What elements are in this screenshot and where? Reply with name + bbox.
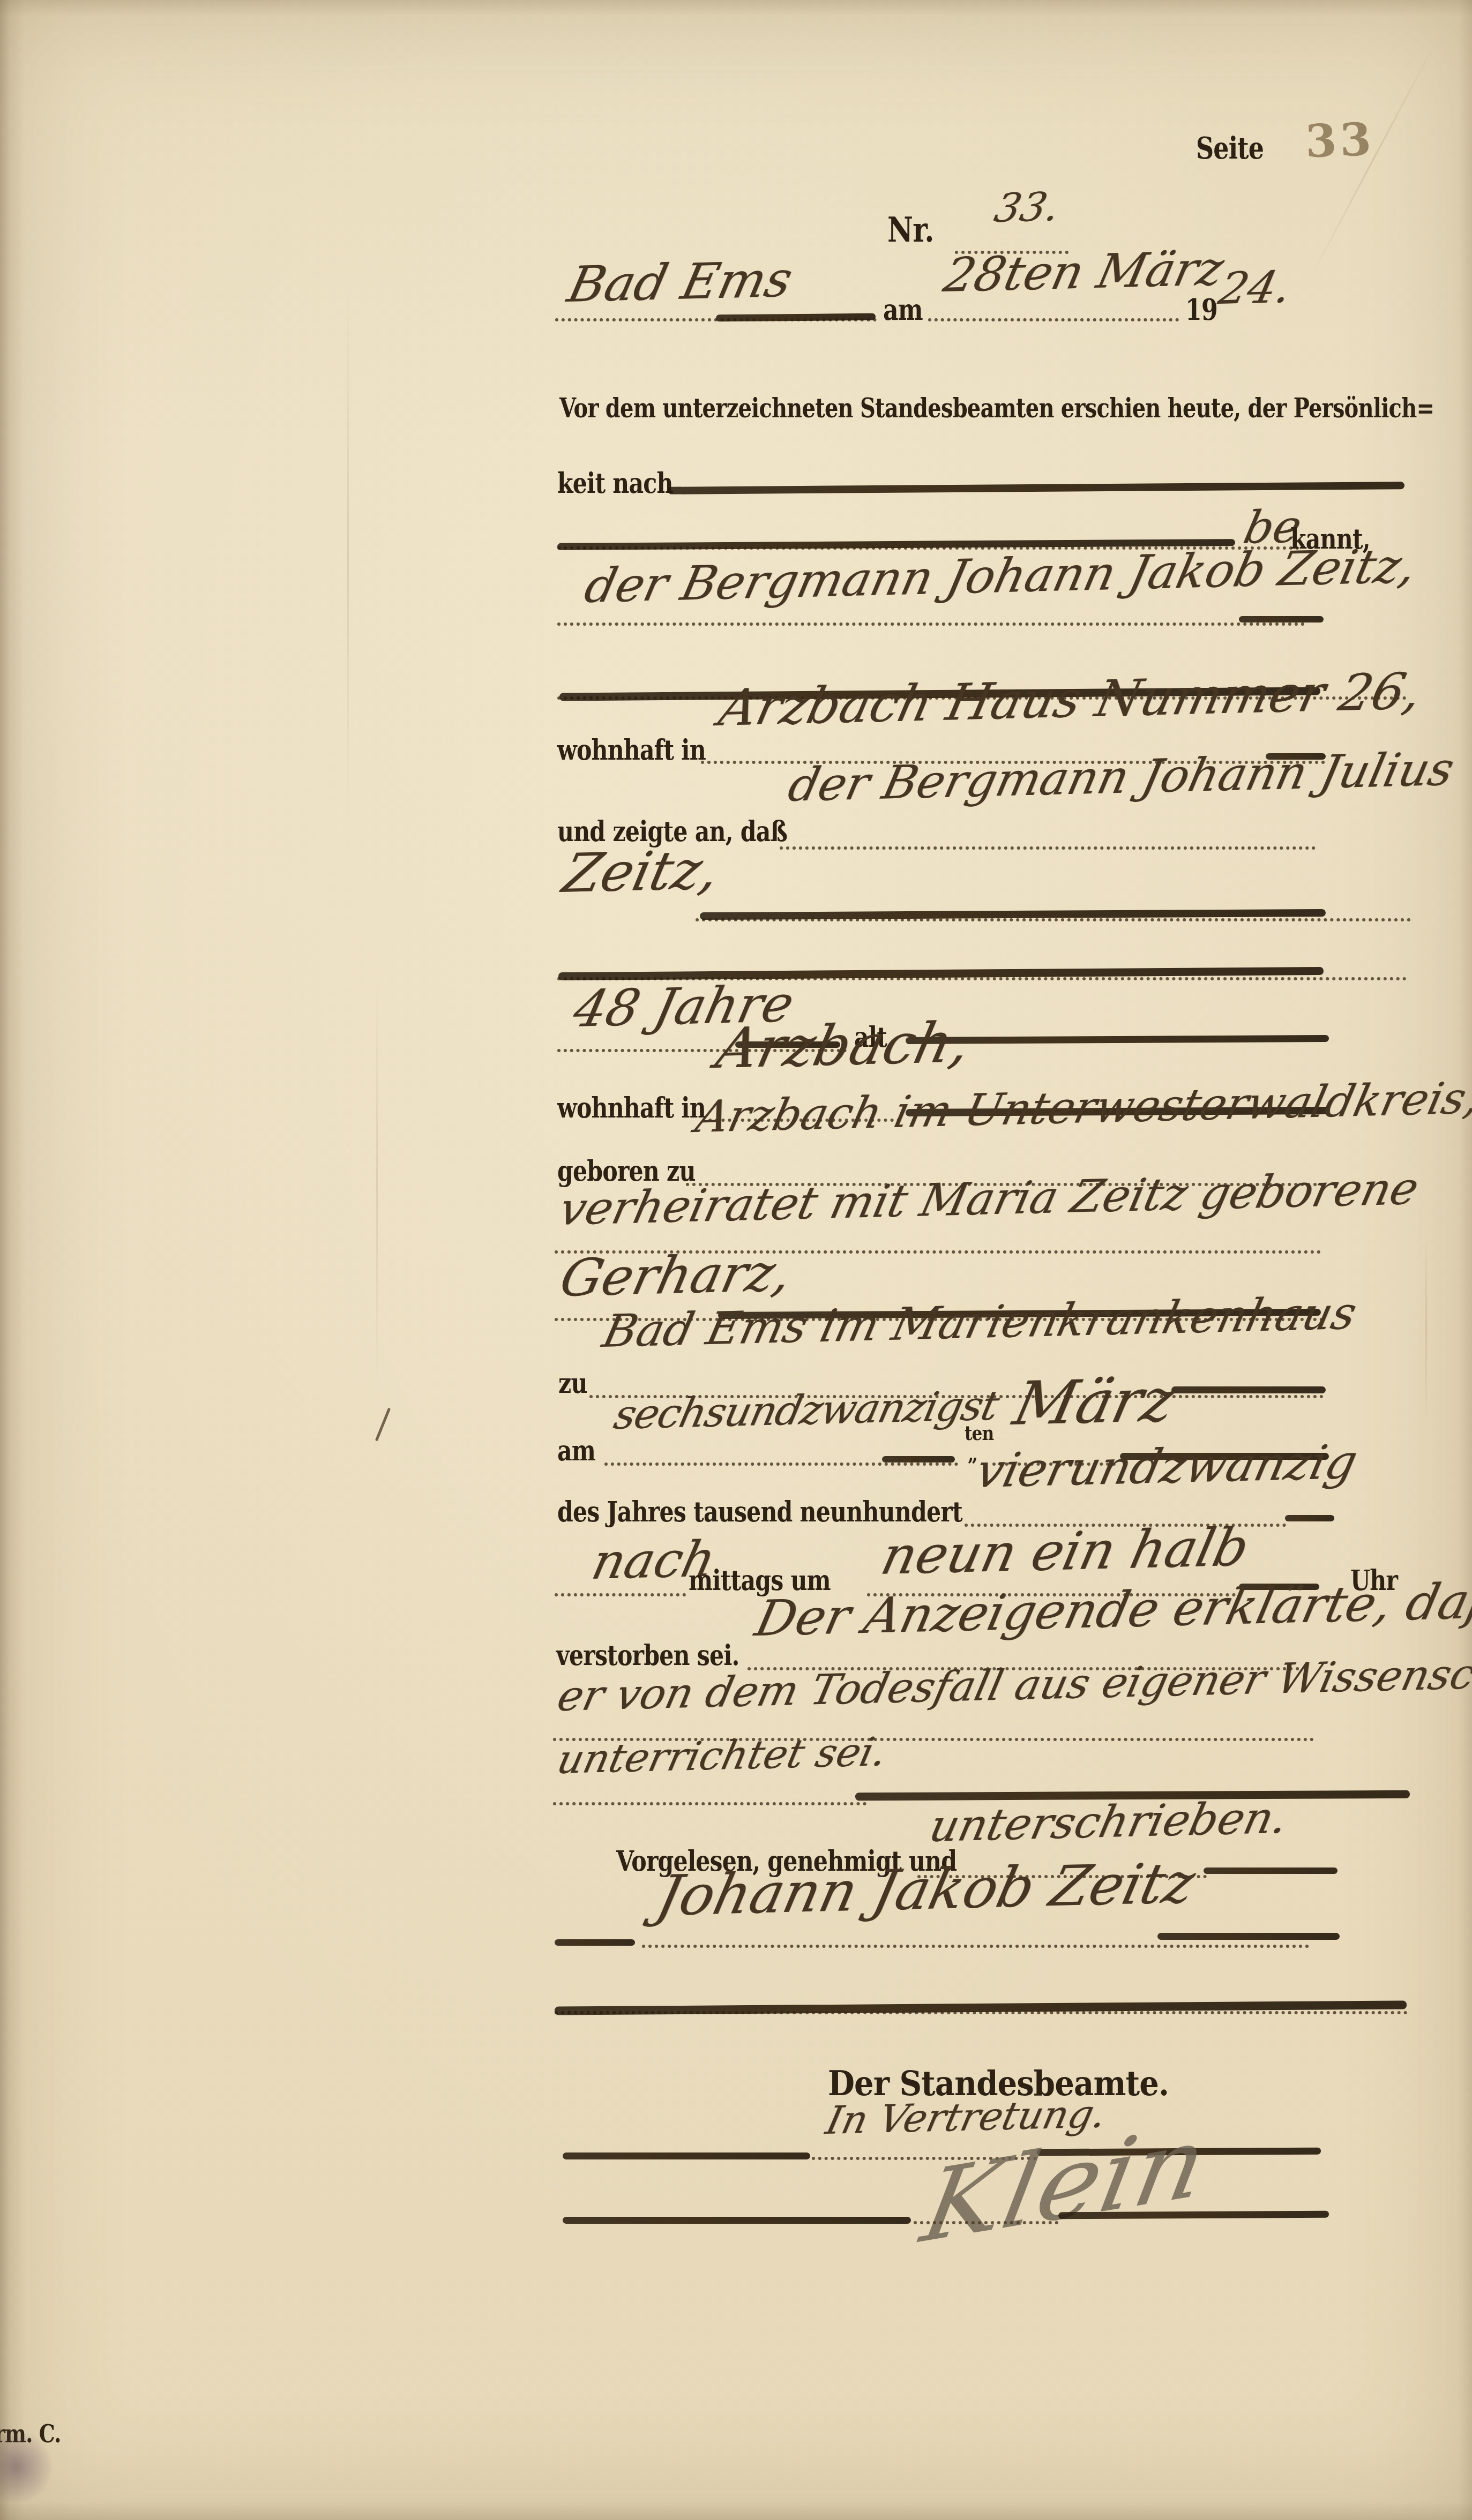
fill-line	[642, 1945, 1309, 1948]
record-number-value: 33.	[990, 184, 1064, 231]
page-label: Seite	[1196, 131, 1264, 166]
residence-label: wohnhaft in	[557, 734, 706, 767]
statement-label: verstorben sei.	[556, 1639, 739, 1672]
residence-value: Arzbach Haus Nummer 26,	[714, 662, 1427, 738]
page-number-stamp: 33	[1304, 112, 1375, 168]
ink-stroke	[668, 482, 1404, 494]
fill-line	[557, 622, 1305, 626]
ink-stroke	[716, 313, 876, 322]
death-month-value: März	[1007, 1366, 1182, 1439]
declarant-signature: Johann Jakob Zeitz	[651, 1850, 1201, 1929]
ink-stroke	[563, 2152, 810, 2159]
record-number-label: Nr.	[887, 210, 934, 250]
intro-line2: keit nach	[557, 467, 673, 500]
fill-line	[780, 846, 1316, 850]
ink-stroke	[1204, 1867, 1337, 1874]
residence2-value: Arzbach,	[711, 1010, 977, 1081]
death-day-suffix-mark: „	[968, 1441, 977, 1466]
fill-line	[555, 1593, 686, 1596]
fill-line	[553, 1802, 866, 1805]
ink-stroke	[555, 1939, 635, 1946]
residence2-label: wohnhaft in	[557, 1092, 706, 1124]
stray-ink-mark	[375, 1407, 391, 1441]
am-label: am	[883, 292, 923, 327]
place-of-record: Bad Ems	[563, 251, 798, 313]
death-time-value: neun ein halb	[876, 1517, 1254, 1587]
death-day-value: sechsundzwanzigst	[610, 1382, 1003, 1438]
year-handwritten: 24.	[1214, 262, 1296, 314]
ink-stroke	[563, 2217, 911, 2224]
ink-stroke	[882, 1456, 955, 1462]
closing-handwritten: unterschrieben.	[925, 1792, 1292, 1852]
fill-line	[914, 2221, 1058, 2224]
deceased-name-line1: der Bergmann Johann Julius	[783, 742, 1459, 812]
statement-line1: Der Anzeigende erklärte, daß	[750, 1572, 1472, 1647]
birthplace-value: Arzbach im Unterwesterwaldkreis,	[691, 1073, 1472, 1143]
ink-stroke	[1285, 1515, 1334, 1521]
ink-stroke	[1058, 2211, 1329, 2219]
ink-stroke	[1239, 616, 1324, 622]
death-year-label: des Jahres tausend neunhundert	[557, 1496, 962, 1528]
deceased-name-line2: Zeitz,	[557, 838, 725, 905]
death-day-label: am	[557, 1435, 595, 1467]
ink-stroke	[1157, 1933, 1340, 1940]
fill-line	[604, 1462, 958, 1466]
marriage-line2: Gerharz,	[555, 1243, 797, 1308]
ink-stroke	[1171, 1386, 1326, 1393]
paper-crease	[376, 980, 378, 1387]
paper-crease	[347, 289, 349, 814]
fill-line	[928, 318, 1179, 321]
statement-line3: unterrichtet sei.	[553, 1729, 891, 1783]
paper-crease	[1425, 1232, 1427, 1425]
year-prefix: 19	[1185, 292, 1217, 327]
death-register-page: Seite 33 Nr. 33. Bad Ems am 28ten März 1…	[0, 0, 1472, 2520]
death-place-label: zu	[558, 1367, 587, 1400]
death-year-value: vierundzwanzig	[971, 1434, 1363, 1498]
intro-line1: Vor dem unterzeichneten Standesbeamten e…	[559, 392, 1434, 424]
